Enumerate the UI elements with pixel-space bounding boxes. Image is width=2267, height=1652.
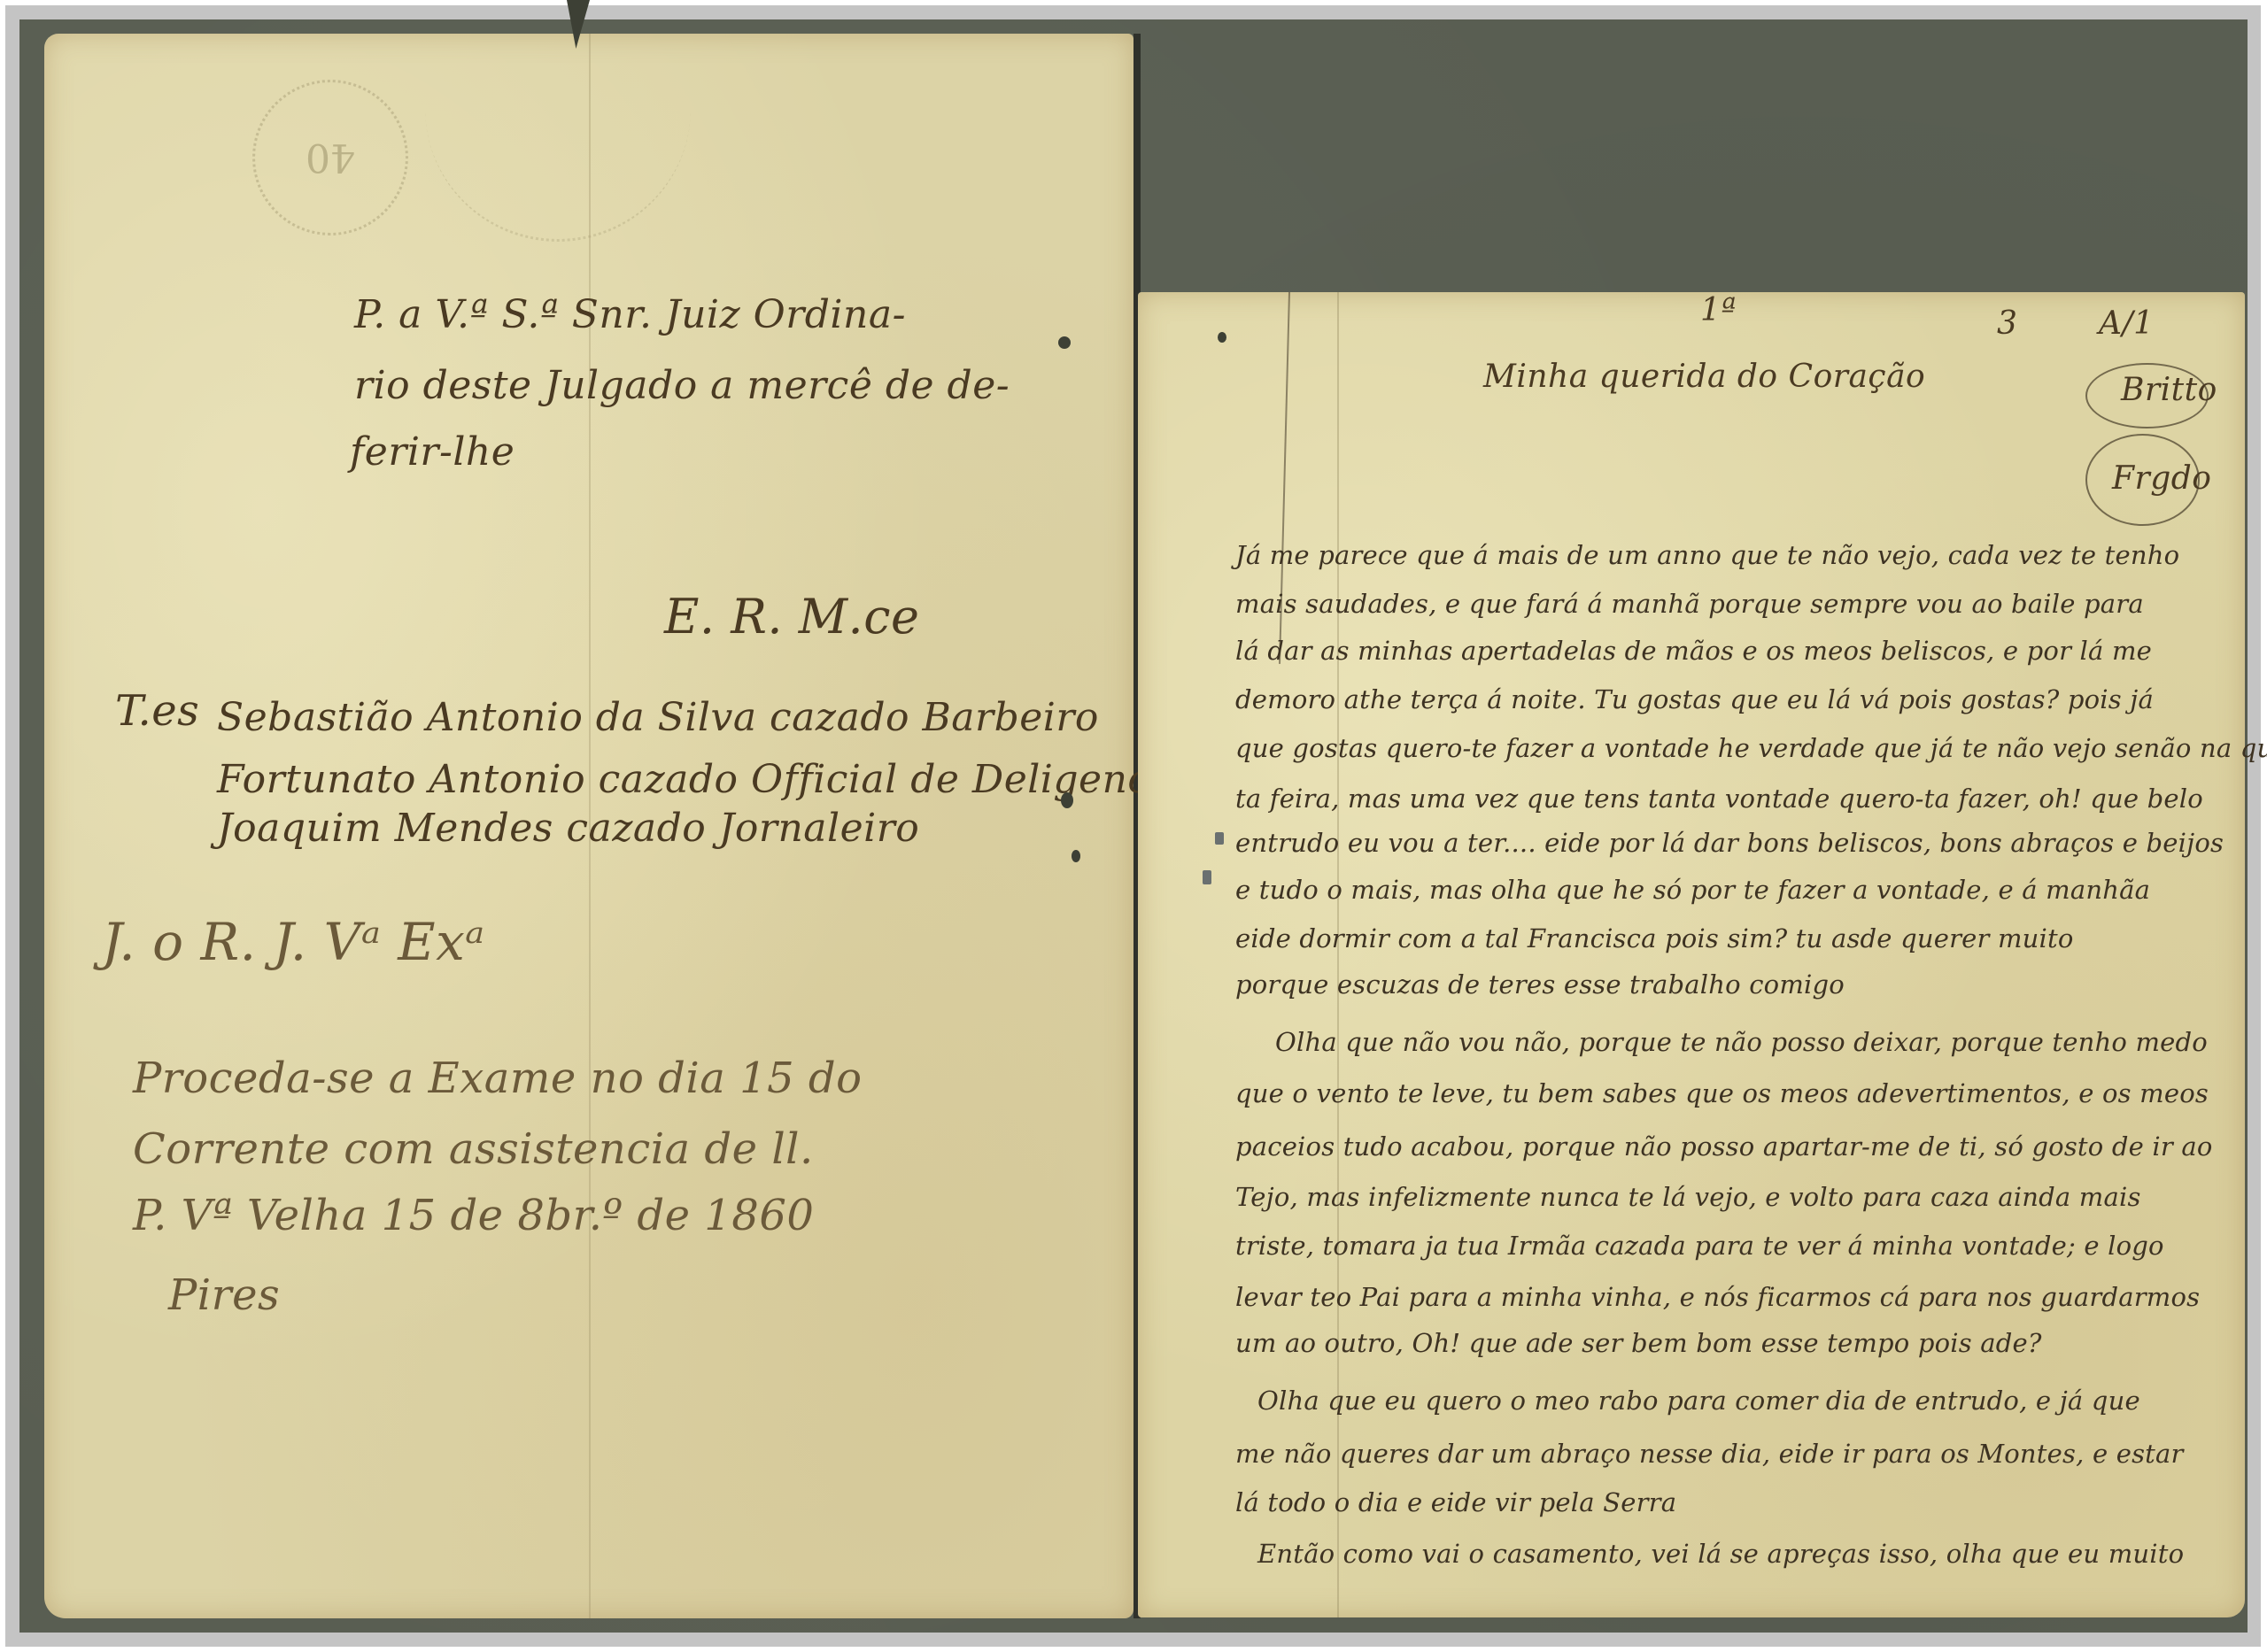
letter-line: demoro athe terça á noite. Tu gostas que… <box>1235 684 2154 714</box>
folio-mark: A/1 <box>2099 305 2155 342</box>
letter-line: que o vento te leve, tu bem sabes que os… <box>1235 1078 2209 1108</box>
letter-line: eide dormir com a tal Francisca pois sim… <box>1235 923 2074 953</box>
letter-line: mais saudades, e que fará á manhã porque… <box>1235 589 2144 619</box>
letter-line: e tudo o mais, mas olha que he só por te… <box>1235 875 2150 905</box>
letter-line: Já me parece que á mais de um anno que t… <box>1235 540 2179 570</box>
petition-line-3: ferir-lhe <box>350 429 515 475</box>
letter-line: Olha que eu quero o meo rabo para comer … <box>1257 1386 2140 1416</box>
letter-line: ta feira, mas uma vez que tens tanta von… <box>1235 784 2203 814</box>
mark-frgdo: Frgdo <box>2112 460 2211 497</box>
mark-britto: Britto <box>2121 372 2217 408</box>
paper-damage-hole <box>1072 850 1080 862</box>
dispatch-line-3: P. Vª Velha 15 de 8br.º de 1860 <box>133 1191 814 1240</box>
ordinal-mark: 1ª <box>1700 292 1737 328</box>
petition-line-1: P. a V.ª S.ª Snr. Juiz Ordina- <box>354 292 906 337</box>
dispatch-heading: J. o R. J. Vᵃ Exᵃ <box>102 912 485 972</box>
letter-line: lá dar as minhas apertadelas de mãos e o… <box>1235 636 2152 666</box>
letter-salutation: Minha querida do Coração <box>1483 359 1925 395</box>
letter-line: levar teo Pai para a minha vinha, e nós … <box>1235 1282 2200 1312</box>
petition-line-2: rio deste Julgado a mercê de de- <box>354 363 1010 408</box>
paper-damage-hole <box>1061 792 1073 808</box>
dispatch-line-2: Corrente com assistencia de ll. <box>133 1124 814 1174</box>
letter-line: paceios tudo acabou, porque não posso ap… <box>1235 1131 2213 1162</box>
stamp-value: 40 <box>306 135 355 181</box>
paper-damage-hole <box>1218 332 1226 343</box>
witness-2: Fortunato Antonio cazado Official de Del… <box>217 757 1207 802</box>
letter-line: me não queres dar um abraço nesse dia, e… <box>1235 1439 2184 1469</box>
witness-3: Joaquim Mendes cazado Jornaleiro <box>217 806 919 851</box>
letter-line: Tejo, mas infelizmente nunca te lá vejo,… <box>1235 1182 2141 1212</box>
page-number: 3 <box>1997 305 2017 342</box>
closing-abbreviation: E. R. M.ce <box>664 589 919 645</box>
paper-damage-hole <box>1215 832 1224 845</box>
fold-line <box>1337 292 1339 1617</box>
letter-line: Olha que não vou não, porque te não poss… <box>1275 1027 2208 1057</box>
witness-1: Sebastião Antonio da Silva cazado Barbei… <box>217 695 1099 740</box>
letter-line: entrudo eu vou a ter.... eide por lá dar… <box>1235 828 2224 858</box>
letter-sheet <box>1138 292 2245 1617</box>
letter-line: triste, tomara ja tua Irmãa cazada para … <box>1235 1231 2164 1261</box>
paper-damage-hole <box>1058 336 1071 349</box>
paper-damage-hole <box>1203 870 1211 884</box>
letter-line: que gostas quero-te fazer a vontade he v… <box>1235 733 2267 763</box>
letter-line: lá todo o dia e eide vir pela Serra <box>1235 1487 1676 1517</box>
witnesses-label: T.es <box>115 686 199 736</box>
dispatch-line-1: Proceda-se a Exame no dia 15 do <box>133 1054 863 1103</box>
embossed-tax-stamp: 40 <box>252 80 408 235</box>
letter-line: porque escuzas de teres esse trabalho co… <box>1235 969 1845 1000</box>
letter-line: um ao outro, Oh! que ade ser bem bom ess… <box>1235 1328 2042 1358</box>
judge-signature: Pires <box>168 1270 280 1320</box>
letter-line: Então como vai o casamento, vei lá se ap… <box>1257 1539 2184 1569</box>
